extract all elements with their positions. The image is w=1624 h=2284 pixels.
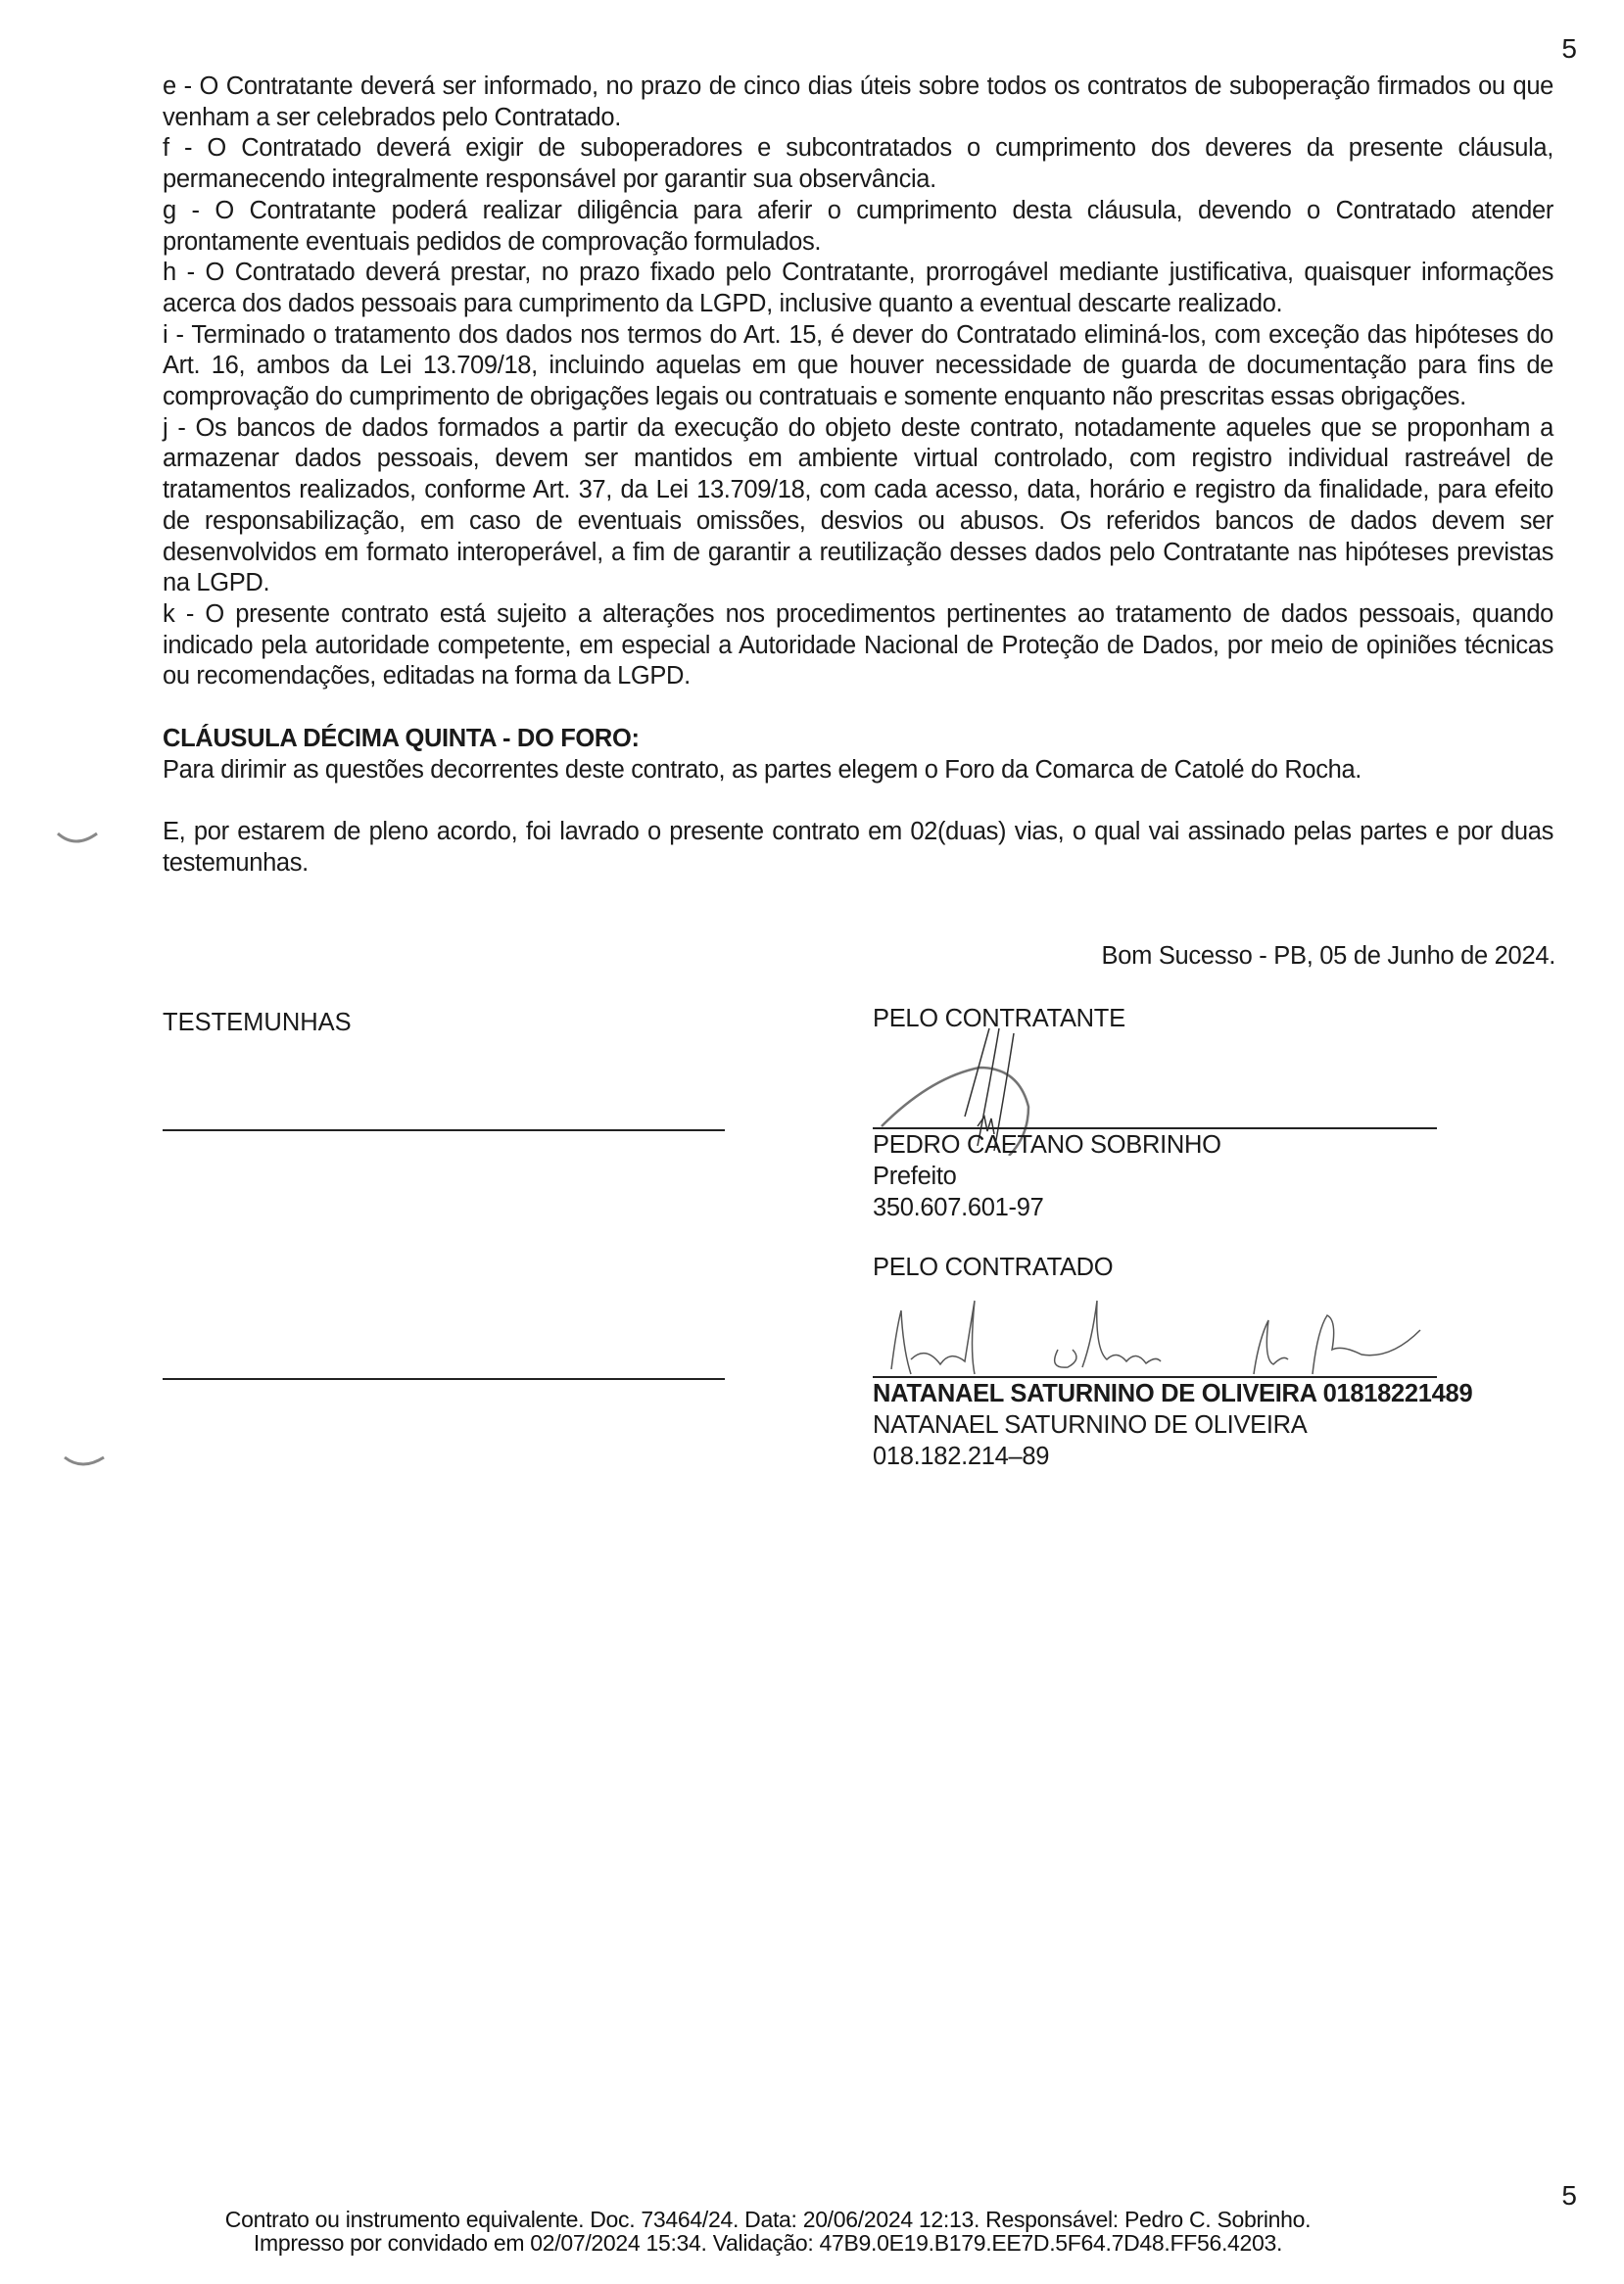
contract-body: e - O Contratante deverá ser informado, … [163, 71, 1553, 880]
contratante-role: Prefeito [873, 1161, 1221, 1192]
contratado-label: PELO CONTRATADO [873, 1252, 1113, 1283]
validation-footer: Contrato ou instrumento equivalente. Doc… [0, 2208, 1624, 2255]
page-number-top: 5 [1561, 33, 1577, 65]
contratante-name: PEDRO CAETANO SOBRINHO [873, 1129, 1221, 1161]
contratado-label-block: PELO CONTRATADO [873, 1252, 1113, 1283]
scan-mark-icon [61, 1451, 110, 1475]
closing-statement: E, por estarem de pleno acordo, foi lavr… [163, 817, 1553, 879]
witnesses-label: TESTEMUNHAS [163, 1009, 352, 1037]
contratado-details: NATANAEL SATURNINO DE OLIVEIRA 018182214… [873, 1378, 1472, 1472]
footer-doc-info: Contrato ou instrumento equivalente. Doc… [0, 2208, 1624, 2231]
clause-text: Para dirimir as questões decorrentes des… [163, 755, 1553, 786]
contratado-name: NATANAEL SATURNINO DE OLIVEIRA [873, 1409, 1472, 1441]
witness-signature-line-1 [163, 1129, 725, 1131]
witness-signature-line-2 [163, 1378, 725, 1380]
paragraph-j: j - Os bancos de dados formados a partir… [163, 413, 1553, 599]
date-line: Bom Sucesso - PB, 05 de Junho de 2024. [1102, 942, 1556, 971]
paragraph-i: i - Terminado o tratamento dos dados nos… [163, 320, 1553, 413]
contratado-signature-icon [872, 1291, 1508, 1384]
clause-heading: CLÁUSULA DÉCIMA QUINTA - DO FORO: [163, 724, 1553, 755]
contratante-id: 350.607.601-97 [873, 1192, 1221, 1223]
contratado-id: 018.182.214–89 [873, 1441, 1472, 1472]
paragraph-e: e - O Contratante deverá ser informado, … [163, 71, 1553, 133]
footer-validation: Impresso por convidado em 02/07/2024 15:… [0, 2231, 1624, 2255]
contratante-details: PEDRO CAETANO SOBRINHO Prefeito 350.607.… [873, 1129, 1221, 1223]
contratado-digital-signature-name: NATANAEL SATURNINO DE OLIVEIRA 018182214… [873, 1378, 1472, 1409]
paragraph-g: g - O Contratante poderá realizar diligê… [163, 196, 1553, 258]
paragraph-h: h - O Contratado deverá prestar, no praz… [163, 258, 1553, 319]
paragraph-f: f - O Contratado deverá exigir de subope… [163, 133, 1553, 195]
scan-mark-icon [54, 828, 103, 851]
paragraph-k: k - O presente contrato está sujeito a a… [163, 599, 1553, 692]
